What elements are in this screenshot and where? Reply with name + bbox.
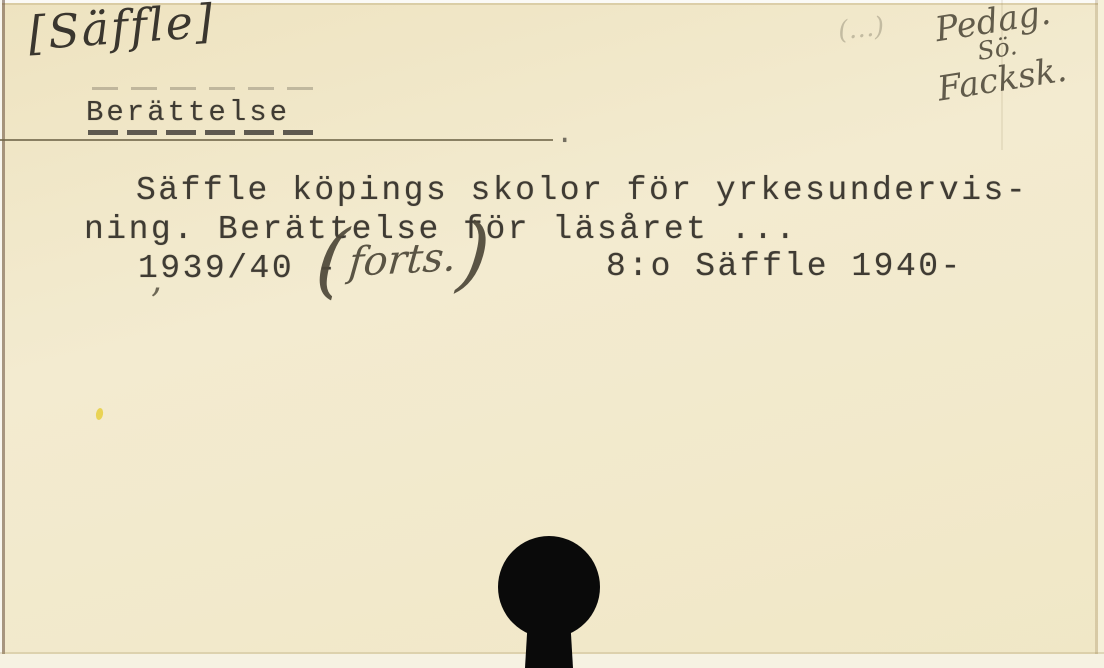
punch-hole-icon <box>0 0 1104 668</box>
scanned-catalog-card: [Säffle] (…) Pedag. Sö. Facksk. Berättel… <box>0 0 1104 668</box>
